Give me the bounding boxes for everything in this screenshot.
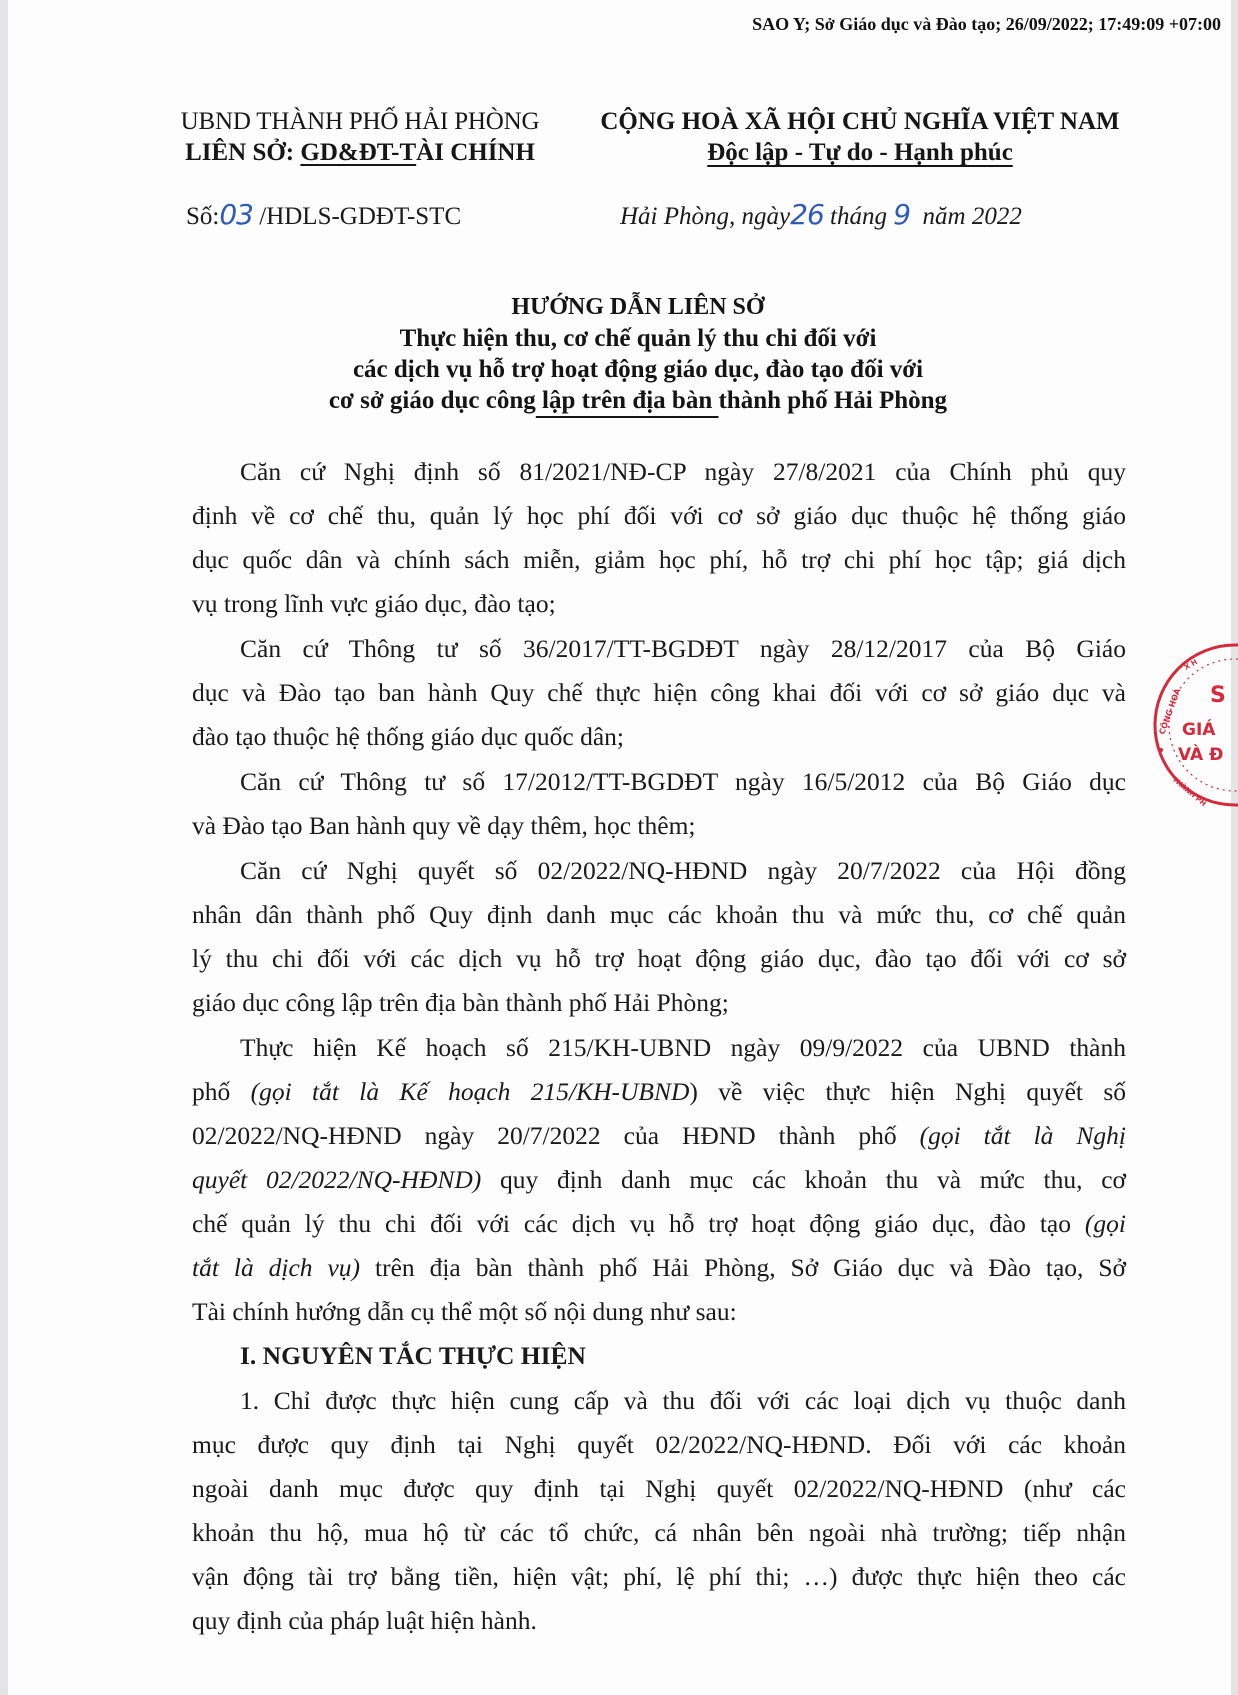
nation-name: CỘNG HOÀ XÃ HỘI CHỦ NGHĨA VIỆT NAM — [568, 106, 1152, 137]
national-motto: Độc lập - Tự do - Hạnh phúc — [707, 139, 1013, 166]
svg-text:X H: X H — [1183, 658, 1199, 672]
p1-line: vụ trong lĩnh vực giáo dục, đào tạo; — [192, 587, 1126, 621]
p4-line: lý thu chi đối với các dịch vụ hỗ trợ ho… — [192, 942, 1126, 976]
p2-line: Căn cứ Thông tư số 36/2017/TT-BGDĐT ngày… — [240, 632, 1126, 666]
issue-date: Hải Phòng, ngày26 tháng 9 năm 2022 — [620, 198, 1022, 231]
date-year: năm 2022 — [910, 203, 1022, 230]
svg-text:GIÁ: GIÁ — [1182, 718, 1216, 740]
title-line-3-post: thành phố Hải Phòng — [718, 387, 947, 414]
p5-line: chế quản lý thu chi đối với các dịch vụ … — [192, 1207, 1126, 1241]
section-heading: I. NGUYÊN TẮC THỰC HIỆN — [240, 1339, 1126, 1373]
document-number: Số:03 /HDLS-GDĐT-STC — [186, 198, 461, 231]
italic-text: tắt là dịch vụ) — [192, 1253, 360, 1282]
p5-line: tắt là dịch vụ) trên địa bàn thành phố H… — [192, 1251, 1126, 1285]
p1-line: Căn cứ Nghị định số 81/2021/NĐ-CP ngày 2… — [240, 455, 1126, 489]
title-line-3-pre: cơ sở giáo dục công — [329, 387, 536, 414]
item1-line: 1. Chỉ được thực hiện cung cấp và thu đố… — [240, 1384, 1126, 1418]
handwritten-day: 26 — [790, 198, 824, 231]
p5-line: Tài chính hướng dẫn cụ thể một số nội du… — [192, 1295, 1126, 1329]
date-month-label: tháng — [824, 203, 893, 230]
p2-line: dục và Đào tạo ban hành Quy chế thực hiệ… — [192, 676, 1126, 710]
italic-text: quyết 02/2022/NQ-HĐND) — [192, 1165, 481, 1194]
national-title: CỘNG HOÀ XÃ HỘI CHỦ NGHĨA VIỆT NAM Độc l… — [568, 106, 1152, 168]
p5-line: phố (gọi tắt là Kế hoạch 215/KH-UBND) về… — [192, 1075, 1126, 1109]
item1-line: ngoài danh mục được quy định tại Nghị qu… — [192, 1472, 1126, 1506]
title-line-3-underlined: lập trên địa bàn — [536, 387, 719, 414]
title-line-1: Thực hiện thu, cơ chế quản lý thu chi đố… — [178, 323, 1098, 354]
parent-agency: UBND THÀNH PHỐ HẢI PHÒNG — [160, 106, 560, 137]
title-line-2: các dịch vụ hỗ trợ hoạt động giáo dục, đ… — [178, 354, 1098, 385]
child-agency-prefix: LIÊN SỞ: — [185, 139, 300, 166]
child-agency-underlined: GD&ĐT-T — [300, 139, 416, 166]
issuing-agency: UBND THÀNH PHỐ HẢI PHÒNG LIÊN SỞ: GD&ĐT-… — [160, 106, 560, 168]
doc-number-suffix: /HDLS-GDĐT-STC — [253, 203, 461, 230]
red-official-seal-icon: S GIÁ VÀ Đ CỘNG HOÀ X H THÀNH PH — [1150, 640, 1238, 810]
doc-number-label: Số: — [186, 203, 219, 230]
svg-text:THÀNH PH: THÀNH PH — [1171, 775, 1208, 808]
text: 02/2022/NQ-HĐND ngày 20/7/2022 của HĐND … — [192, 1121, 920, 1150]
digital-copy-stamp: SAO Y; Sở Giáo dục và Đào tạo; 26/09/202… — [752, 14, 1221, 35]
title-line-3: cơ sở giáo dục công lập trên địa bàn thà… — [178, 385, 1098, 416]
p3-line: Căn cứ Thông tư số 17/2012/TT-BGDĐT ngày… — [240, 765, 1126, 799]
p1-line: dục quốc dân và chính sách miễn, giảm họ… — [192, 543, 1126, 577]
text: quy định danh mục các khoản thu và mức t… — [481, 1165, 1126, 1194]
item1-line: khoản thu hộ, mua hộ từ các tổ chức, cá … — [192, 1516, 1126, 1550]
text: chế quản lý thu chi đối với các dịch vụ … — [192, 1209, 1085, 1238]
item1-line: quy định của pháp luật hiện hành. — [192, 1604, 1126, 1638]
svg-text:CỘNG HOÀ: CỘNG HOÀ — [1156, 686, 1183, 736]
p2-line: đào tạo thuộc hệ thống giáo dục quốc dân… — [192, 720, 1126, 754]
child-agency: LIÊN SỞ: GD&ĐT-TÀI CHÍNH — [160, 137, 560, 168]
item1-line: vận động tài trợ bằng tiền, hiện vật; ph… — [192, 1560, 1126, 1594]
svg-text:VÀ Đ: VÀ Đ — [1178, 743, 1223, 765]
svg-text:S: S — [1210, 683, 1226, 708]
handwritten-month: 9 — [893, 198, 910, 231]
title-main: HƯỚNG DẪN LIÊN SỞ — [178, 292, 1098, 323]
date-place: Hải Phòng, ngày — [620, 203, 790, 230]
document-page: SAO Y; Sở Giáo dục và Đào tạo; 26/09/202… — [8, 0, 1231, 1695]
text: phố — [192, 1077, 251, 1106]
document-title: HƯỚNG DẪN LIÊN SỞ Thực hiện thu, cơ chế … — [178, 292, 1098, 416]
p4-line: nhân dân thành phố Quy định danh mục các… — [192, 898, 1126, 932]
italic-text: (gọi — [1085, 1209, 1126, 1238]
text: trên địa bàn thành phố Hải Phòng, Sở Giá… — [360, 1253, 1126, 1282]
italic-text: (gọi tắt là Nghị — [920, 1121, 1126, 1150]
p4-line: Căn cứ Nghị quyết số 02/2022/NQ-HĐND ngà… — [240, 854, 1126, 888]
p3-line: và Đào tạo Ban hành quy về dạy thêm, học… — [192, 809, 1126, 843]
italic-text: (gọi tắt là Kế hoạch 215/KH-UBND — [251, 1077, 690, 1106]
p1-line: định về cơ chế thu, quản lý học phí đối … — [192, 499, 1126, 533]
item1-line: mục được quy định tại Nghị quyết 02/2022… — [192, 1428, 1126, 1462]
handwritten-doc-number: 03 — [219, 198, 253, 231]
p5-line: quyết 02/2022/NQ-HĐND) quy định danh mục… — [192, 1163, 1126, 1197]
p5-line: 02/2022/NQ-HĐND ngày 20/7/2022 của HĐND … — [192, 1119, 1126, 1153]
child-agency-suffix: ÀI CHÍNH — [416, 139, 535, 166]
p5-line: Thực hiện Kế hoạch số 215/KH-UBND ngày 0… — [240, 1031, 1126, 1065]
p4-line: giáo dục công lập trên địa bàn thành phố… — [192, 986, 1126, 1020]
text: ) về việc thực hiện Nghị quyết số — [689, 1077, 1126, 1106]
